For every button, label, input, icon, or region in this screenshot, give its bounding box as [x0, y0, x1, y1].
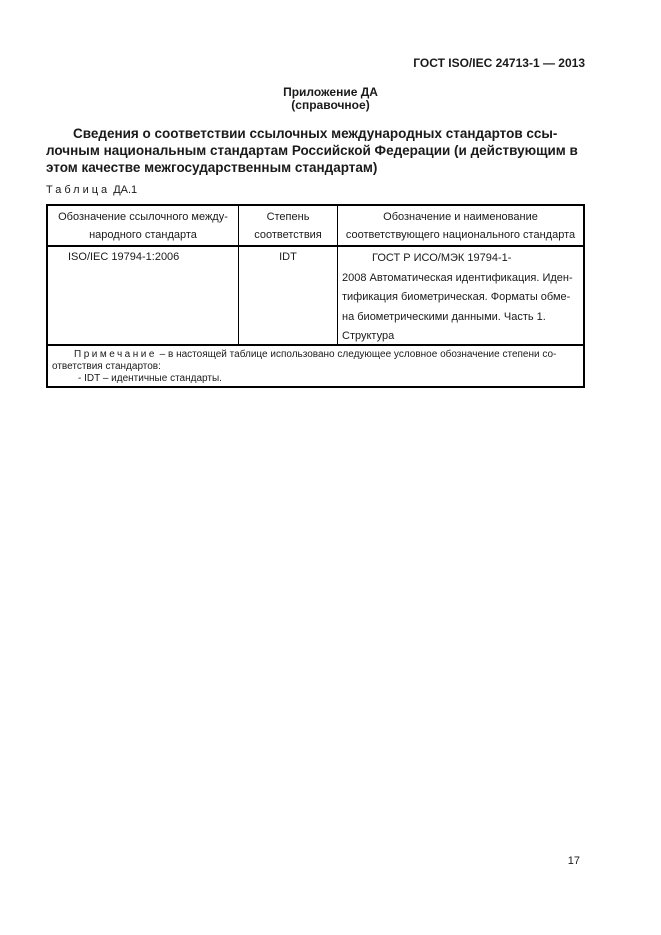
column-header-text: Степень	[267, 211, 310, 223]
appendix-subtitle: (справочное)	[0, 99, 661, 112]
table-note-line: Примечание – в настоящей таблице использ…	[52, 349, 578, 361]
cell-reference-standard: ISO/IEC 19794-1:2006	[48, 247, 239, 344]
page-number: 17	[46, 855, 580, 867]
national-standard-line: тификация биометрическая. Форматы обме-	[342, 288, 581, 308]
section-heading-line: лочным национальным стандартам Российско…	[46, 142, 583, 159]
column-header-text: Обозначение и наименование	[383, 211, 538, 223]
column-header-text: Обозначение ссылочного между-	[58, 211, 228, 223]
national-standard-line: Структура	[342, 327, 581, 347]
cell-degree: IDT	[239, 247, 338, 344]
section-heading-line: Сведения о соответствии ссылочных междун…	[46, 125, 583, 142]
table-note-label: Примечание	[74, 349, 157, 360]
section-heading-line: этом качестве межгосударственным стандар…	[46, 159, 583, 176]
table-note-line: ответствия стандартов:	[52, 361, 578, 373]
table-label-number: ДА.1	[113, 184, 137, 196]
running-header: ГОСТ ISO/IEC 24713-1 — 2013	[46, 57, 585, 70]
national-standard-line: ГОСТ Р ИСО/МЭК 19794-1-	[342, 249, 581, 269]
column-header-text: соответствующего национального стандарта	[346, 229, 575, 241]
column-header-reference-standard: Обозначение ссылочного между- народного …	[48, 206, 239, 245]
column-header-text: народного стандарта	[89, 229, 197, 241]
column-header-degree: Степень соответствия	[239, 206, 338, 245]
national-standard-line: 2008 Автоматическая идентификация. Иден-	[342, 269, 581, 289]
cell-national-standard: ГОСТ Р ИСО/МЭК 19794-1- 2008 Автоматичес…	[338, 247, 583, 344]
document-page: ГОСТ ISO/IEC 24713-1 — 2013 Приложение Д…	[0, 0, 661, 935]
table-note-line: - IDT – идентичные стандарты.	[52, 373, 578, 385]
correspondence-table: Обозначение ссылочного между- народного …	[46, 204, 585, 388]
column-header-national-standard: Обозначение и наименование соответствующ…	[338, 206, 583, 245]
table-note: Примечание – в настоящей таблице использ…	[48, 346, 583, 386]
appendix-title-block: Приложение ДА (справочное)	[0, 86, 661, 112]
column-header-text: соответствия	[254, 229, 322, 241]
table-label-word: Таблица	[46, 184, 110, 196]
table-row: ISO/IEC 19794-1:2006 IDT ГОСТ Р ИСО/МЭК …	[48, 247, 583, 346]
table-header-row: Обозначение ссылочного между- народного …	[48, 206, 583, 247]
table-note-text: – в настоящей таблице использовано следу…	[160, 349, 557, 360]
section-heading: Сведения о соответствии ссылочных междун…	[46, 125, 583, 176]
table-label: Таблица ДА.1	[46, 184, 137, 196]
national-standard-line: на биометрическими данными. Часть 1.	[342, 308, 581, 328]
